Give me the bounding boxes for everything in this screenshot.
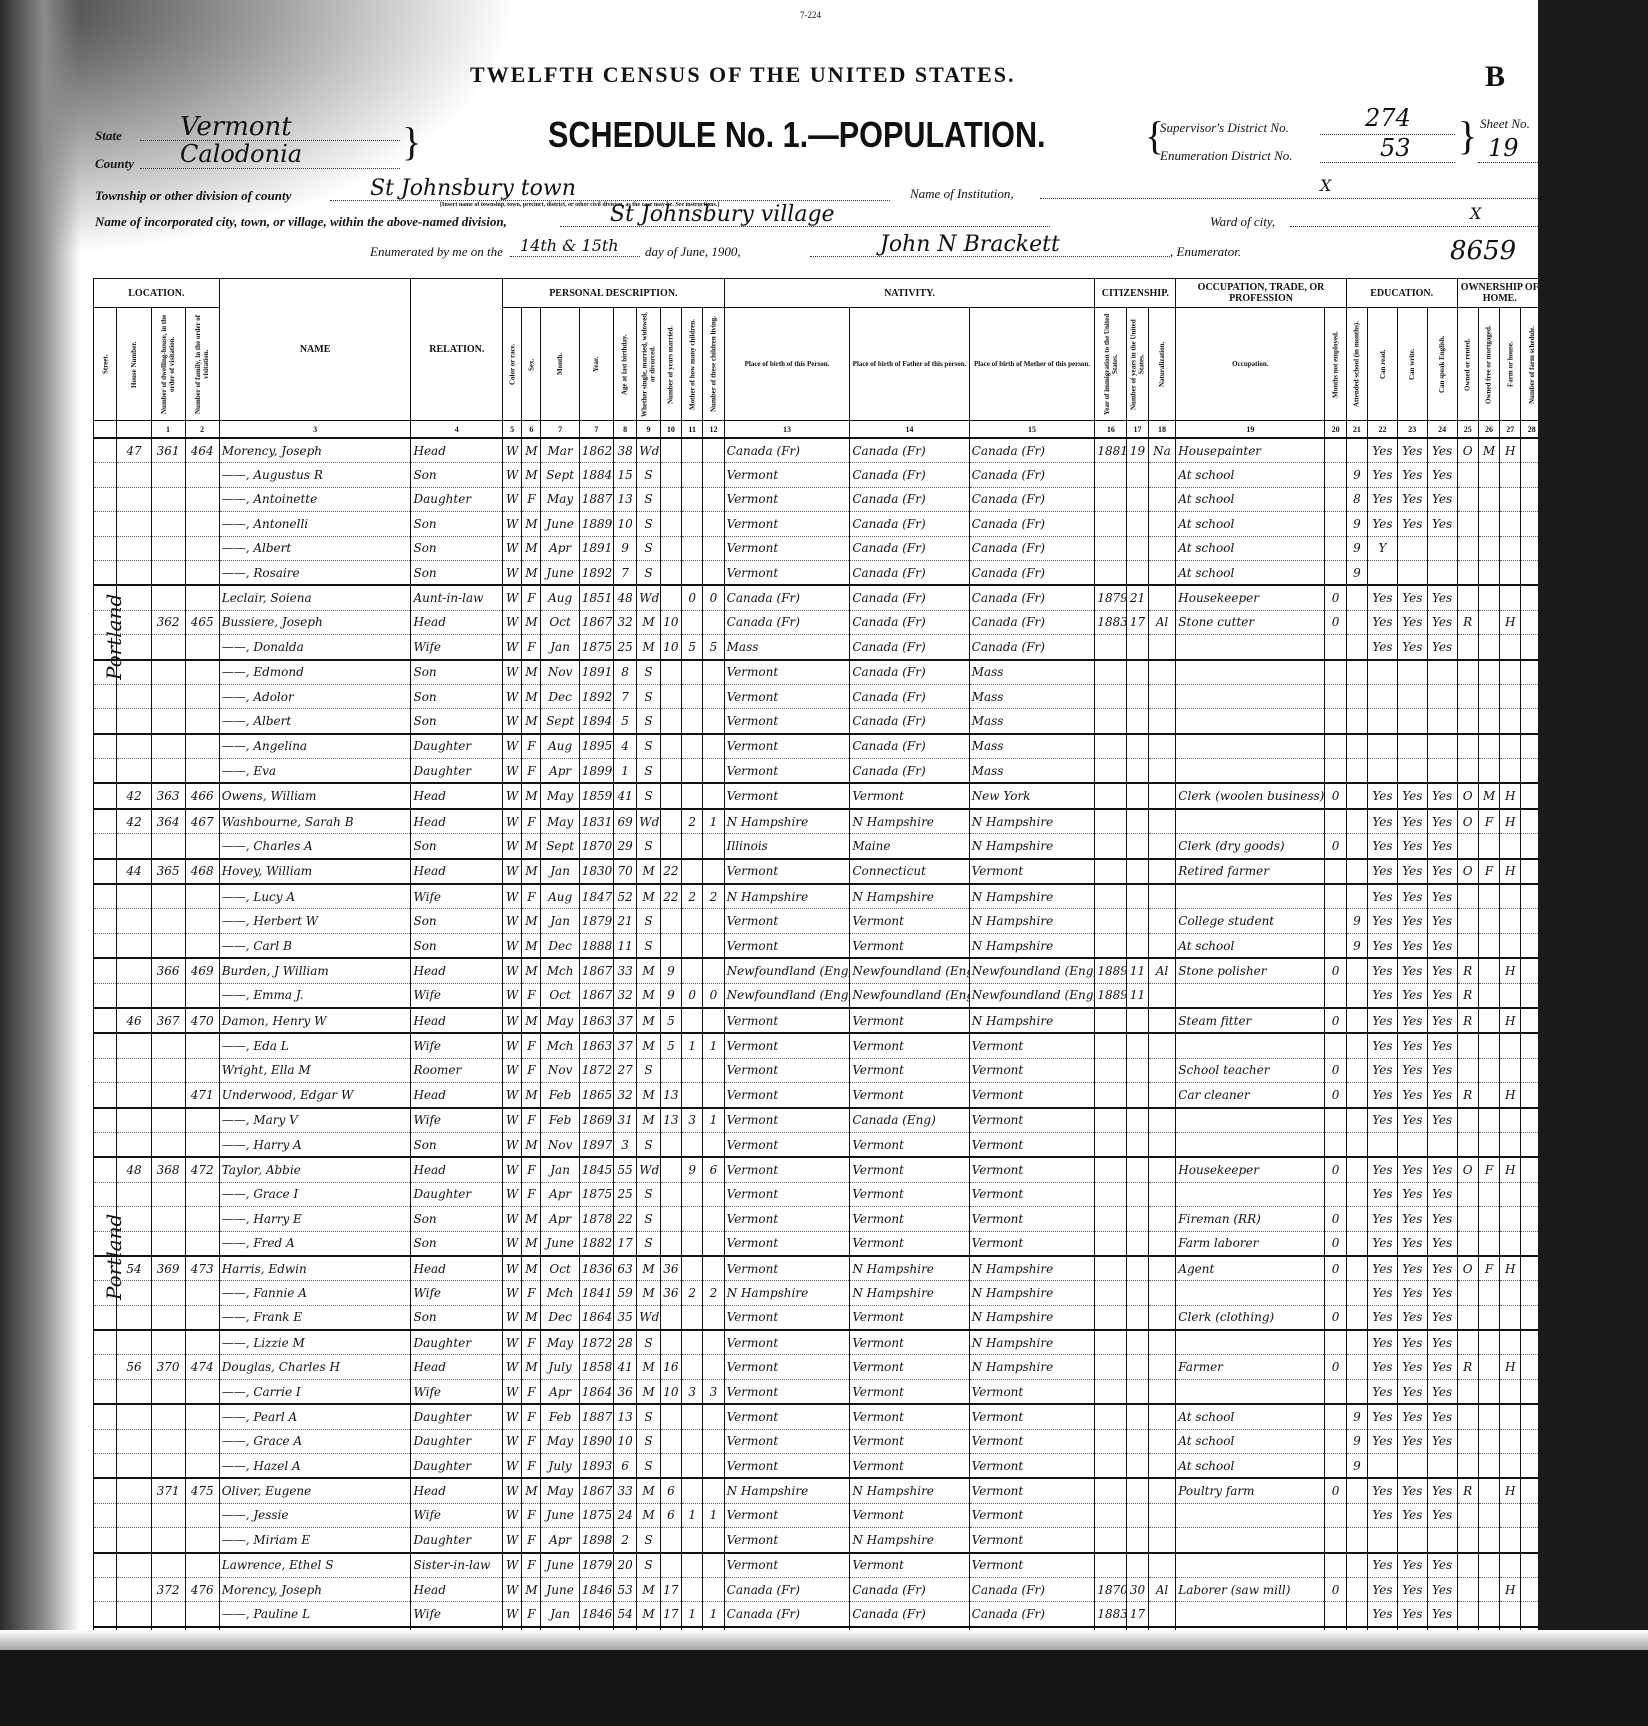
table-row: ——, Eda LWifeWFMch186337M511VermontVermo…	[94, 1033, 1543, 1058]
cell-english: Yes	[1427, 487, 1457, 511]
cell-read: Yes	[1368, 1058, 1398, 1082]
cell-farm-house	[1500, 1503, 1521, 1527]
cell-mortgaged: F	[1478, 1256, 1499, 1281]
cell-dwelling: 365	[151, 859, 185, 884]
cell-birth: Vermont	[724, 1454, 850, 1479]
cell-street	[94, 1033, 117, 1058]
column-number: 18	[1148, 421, 1176, 439]
cell-occupation	[1176, 1281, 1325, 1305]
cell-natur	[1148, 1256, 1176, 1281]
cell-immig	[1095, 1454, 1127, 1479]
cell-year: 1867	[579, 1478, 613, 1503]
cell-month: May	[541, 1429, 579, 1453]
cell-yrs-married	[660, 809, 681, 834]
cell-immig	[1095, 1231, 1127, 1256]
cell-father-birth: Canada (Fr)	[850, 1602, 969, 1627]
cell-occupation	[1176, 884, 1325, 909]
cell-house	[117, 1553, 151, 1578]
cell-name: ——, Rosaire	[219, 560, 411, 585]
cell-living	[703, 933, 724, 958]
cell-living	[703, 1528, 724, 1553]
cell-mortgaged	[1478, 635, 1499, 660]
table-row: 54369473Harris, EdwinHeadWMOct183663M36V…	[94, 1256, 1543, 1281]
cell-farm-house	[1500, 1305, 1521, 1330]
cell-immig	[1095, 1132, 1127, 1157]
cell-mother-birth: Vermont	[969, 1132, 1095, 1157]
cell-english: Yes	[1427, 1478, 1457, 1503]
cell-age: 15	[613, 463, 636, 487]
cell-school	[1346, 1281, 1367, 1305]
cell-father-birth: Vermont	[850, 1553, 969, 1578]
cell-read: Yes	[1368, 487, 1398, 511]
cell-father-birth: N Hampshire	[850, 1478, 969, 1503]
cell-mortgaged	[1478, 958, 1499, 983]
cell-english: Yes	[1427, 909, 1457, 933]
cell-farm-house	[1500, 1033, 1521, 1058]
cell-month: June	[541, 1577, 579, 1601]
cell-year: 1869	[579, 1108, 613, 1133]
cell-immig	[1095, 1157, 1127, 1182]
cell-mother-of	[682, 1355, 703, 1379]
cell-natur	[1148, 1454, 1176, 1479]
cell-family	[185, 909, 219, 933]
cell-age: 11	[613, 933, 636, 958]
cell-occupation	[1176, 684, 1325, 708]
cell-english	[1427, 709, 1457, 734]
cell-english: Yes	[1427, 1553, 1457, 1578]
cell-read: Yes	[1368, 958, 1398, 983]
cell-owned: O	[1457, 859, 1478, 884]
cell-father-birth: Vermont	[850, 1379, 969, 1404]
column-header: Street.	[94, 308, 117, 421]
cell-year: 1870	[579, 834, 613, 859]
cell-yrs-married: 9	[660, 958, 681, 983]
column-number: 20	[1325, 421, 1346, 439]
column-header: Number of family, in the order of visita…	[185, 308, 219, 421]
cell-father-birth: Vermont	[850, 1182, 969, 1206]
cell-birth: Vermont	[724, 684, 850, 708]
cell-month: Oct	[541, 983, 579, 1008]
cell-color: W	[503, 1379, 522, 1404]
cell-farm-house: H	[1500, 1083, 1521, 1108]
cell-color: W	[503, 1454, 522, 1479]
cell-dwelling	[151, 1231, 185, 1256]
cell-natur	[1148, 1404, 1176, 1429]
cell-birth: Canada (Fr)	[724, 1602, 850, 1627]
cell-yrs-married	[660, 512, 681, 536]
cell-house	[117, 1602, 151, 1627]
cell-months-unemp	[1325, 909, 1346, 933]
cell-occupation: At school	[1176, 1454, 1325, 1479]
cell-color: W	[503, 859, 522, 884]
cell-dwelling	[151, 660, 185, 685]
cell-mortgaged	[1478, 1033, 1499, 1058]
cell-marital: S	[637, 1429, 660, 1453]
cell-age: 7	[613, 684, 636, 708]
sheet-letter: B	[1485, 60, 1505, 94]
cell-color: W	[503, 512, 522, 536]
cell-year: 1867	[579, 983, 613, 1008]
cell-immig: 1883	[1095, 610, 1127, 634]
cell-yrs-us	[1127, 1330, 1148, 1355]
table-row: 471Underwood, Edgar WHeadWMFeb186532M13V…	[94, 1083, 1543, 1108]
cell-mother-birth: Vermont	[969, 1404, 1095, 1429]
cell-write: Yes	[1397, 1379, 1427, 1404]
cell-sex: M	[522, 1577, 541, 1601]
cell-name: Hovey, William	[219, 859, 411, 884]
cell-sex: M	[522, 933, 541, 958]
cell-dwelling	[151, 734, 185, 759]
column-number: 23	[1397, 421, 1427, 439]
cell-mother-birth: N Hampshire	[969, 884, 1095, 909]
cell-age: 5	[613, 709, 636, 734]
cell-father-birth: Canada (Fr)	[850, 487, 969, 511]
column-number: 15	[969, 421, 1095, 439]
cell-occupation: Poultry farm	[1176, 1478, 1325, 1503]
cell-age: 7	[613, 560, 636, 585]
cell-month: Sept	[541, 834, 579, 859]
column-number: 19	[1176, 421, 1325, 439]
cell-color: W	[503, 1404, 522, 1429]
column-number: 1	[151, 421, 185, 439]
cell-yrs-married	[660, 1553, 681, 1578]
cell-months-unemp	[1325, 1553, 1346, 1578]
cell-father-birth: Vermont	[850, 1207, 969, 1231]
column-number: 10	[660, 421, 681, 439]
cell-relation: Daughter	[411, 487, 503, 511]
cell-name: Leclair, Soiena	[219, 585, 411, 610]
cell-street	[94, 487, 117, 511]
cell-marital: M	[637, 1083, 660, 1108]
cell-marital: S	[637, 487, 660, 511]
cell-school	[1346, 1330, 1367, 1355]
cell-marital: M	[637, 1033, 660, 1058]
cell-year: 1863	[579, 1008, 613, 1033]
cell-months-unemp	[1325, 933, 1346, 958]
cell-mortgaged	[1478, 709, 1499, 734]
cell-yrs-us: 11	[1127, 983, 1148, 1008]
cell-sex: F	[522, 1602, 541, 1627]
cell-age: 25	[613, 1182, 636, 1206]
column-number: 22	[1368, 421, 1398, 439]
cell-age: 13	[613, 1404, 636, 1429]
cell-months-unemp	[1325, 684, 1346, 708]
cell-mother-birth: Mass	[969, 759, 1095, 784]
cell-relation: Head	[411, 1577, 503, 1601]
cell-color: W	[503, 1478, 522, 1503]
cell-natur	[1148, 1083, 1176, 1108]
cell-relation: Head	[411, 610, 503, 634]
cell-month: Jan	[541, 1157, 579, 1182]
cell-sex: M	[522, 958, 541, 983]
cell-owned	[1457, 1231, 1478, 1256]
cell-write: Yes	[1397, 859, 1427, 884]
cell-living	[703, 1553, 724, 1578]
cell-dwelling	[151, 1033, 185, 1058]
cell-yrs-married: 6	[660, 1478, 681, 1503]
cell-farm-house	[1500, 884, 1521, 909]
cell-marital: S	[637, 1553, 660, 1578]
cell-relation: Son	[411, 684, 503, 708]
cell-relation: Wife	[411, 884, 503, 909]
table-row: 47361464Morency, JosephHeadWMMar186238Wd…	[94, 438, 1543, 463]
cell-year: 1879	[579, 1553, 613, 1578]
cell-english: Yes	[1427, 512, 1457, 536]
cell-mortgaged	[1478, 933, 1499, 958]
cell-mother-birth: Vermont	[969, 1182, 1095, 1206]
cell-school	[1346, 1182, 1367, 1206]
group-nativity: NATIVITY.	[724, 279, 1095, 308]
cell-living	[703, 1083, 724, 1108]
cell-color: W	[503, 1207, 522, 1231]
cell-farm-house	[1500, 1330, 1521, 1355]
column-header: Year.	[579, 308, 613, 421]
cell-yrs-us: 11	[1127, 958, 1148, 983]
table-row: ——, Frank ESonWMDec186435WdVermontVermon…	[94, 1305, 1543, 1330]
cell-owned	[1457, 1330, 1478, 1355]
cell-name: ——, Hazel A	[219, 1454, 411, 1479]
incorporated-value: St Johnsbury village	[610, 202, 835, 227]
cell-occupation: Farmer	[1176, 1355, 1325, 1379]
cell-family	[185, 1108, 219, 1133]
cell-house: 54	[117, 1256, 151, 1281]
table-row: ——, Charles ASonWMSept187029SIllinoisMai…	[94, 834, 1543, 859]
cell-color: W	[503, 734, 522, 759]
cell-year: 1836	[579, 1256, 613, 1281]
cell-owned	[1457, 759, 1478, 784]
cell-family: 469	[185, 958, 219, 983]
cell-family	[185, 1231, 219, 1256]
cell-father-birth: Canada (Eng)	[850, 1108, 969, 1133]
cell-dwelling	[151, 560, 185, 585]
cell-read: Yes	[1368, 1008, 1398, 1033]
cell-birth: Vermont	[724, 1553, 850, 1578]
cell-yrs-us	[1127, 1008, 1148, 1033]
cell-school	[1346, 1602, 1367, 1627]
cell-living	[703, 909, 724, 933]
cell-months-unemp	[1325, 487, 1346, 511]
cell-immig	[1095, 884, 1127, 909]
cell-immig: 1870	[1095, 1577, 1127, 1601]
cell-school	[1346, 1553, 1367, 1578]
cell-months-unemp	[1325, 1528, 1346, 1553]
enumeration-value: 53	[1380, 134, 1411, 162]
cell-family	[185, 585, 219, 610]
cell-read: Yes	[1368, 1033, 1398, 1058]
cell-age: 69	[613, 809, 636, 834]
cell-occupation	[1176, 1553, 1325, 1578]
cell-sex: M	[522, 1305, 541, 1330]
cell-yrs-us	[1127, 1058, 1148, 1082]
cell-house	[117, 660, 151, 685]
cell-relation: Head	[411, 1008, 503, 1033]
cell-family: 472	[185, 1157, 219, 1182]
cell-street	[94, 684, 117, 708]
cell-relation: Son	[411, 834, 503, 859]
cell-school	[1346, 1058, 1367, 1082]
cell-owned	[1457, 684, 1478, 708]
cell-mother-of: 1	[682, 1033, 703, 1058]
cell-street	[94, 1379, 117, 1404]
cell-age: 20	[613, 1553, 636, 1578]
cell-write: Yes	[1397, 487, 1427, 511]
cell-father-birth: Vermont	[850, 1132, 969, 1157]
cell-dwelling	[151, 1602, 185, 1627]
cell-birth: Canada (Fr)	[724, 610, 850, 634]
cell-yrs-us: 17	[1127, 1602, 1148, 1627]
county-value: Calodonia	[180, 140, 302, 168]
cell-relation: Wife	[411, 1281, 503, 1305]
cell-relation: Son	[411, 512, 503, 536]
cell-family	[185, 1132, 219, 1157]
cell-marital: Wd	[637, 1157, 660, 1182]
supervisor-label: Supervisor's District No.	[1160, 120, 1289, 136]
cell-natur	[1148, 1157, 1176, 1182]
cell-name: ——, Charles A	[219, 834, 411, 859]
cell-occupation: At school	[1176, 1429, 1325, 1453]
cell-yrs-us	[1127, 1182, 1148, 1206]
cell-marital: S	[637, 734, 660, 759]
cell-year: 1830	[579, 859, 613, 884]
cell-occupation: Stone polisher	[1176, 958, 1325, 983]
cell-color: W	[503, 1157, 522, 1182]
cell-dwelling	[151, 759, 185, 784]
cell-marital: S	[637, 1528, 660, 1553]
sheet-value: 19	[1488, 134, 1519, 162]
cell-relation: Son	[411, 933, 503, 958]
cell-relation: Son	[411, 660, 503, 685]
cell-write	[1397, 734, 1427, 759]
cell-read: Yes	[1368, 1577, 1398, 1601]
cell-read: Yes	[1368, 1355, 1398, 1379]
cell-mother-of	[682, 512, 703, 536]
cell-birth: Vermont	[724, 560, 850, 585]
stamp-number: 8659	[1450, 236, 1516, 266]
cell-house	[117, 983, 151, 1008]
cell-house	[117, 834, 151, 859]
cell-mother-birth: New York	[969, 783, 1095, 808]
cell-month: Aug	[541, 734, 579, 759]
cell-owned	[1457, 1281, 1478, 1305]
cell-yrs-married: 22	[660, 884, 681, 909]
cell-yrs-us	[1127, 1404, 1148, 1429]
cell-months-unemp: 0	[1325, 958, 1346, 983]
cell-immig: 1889	[1095, 958, 1127, 983]
cell-name: ——, Edmond	[219, 660, 411, 685]
cell-farm-house	[1500, 734, 1521, 759]
cell-mortgaged	[1478, 487, 1499, 511]
cell-family	[185, 759, 219, 784]
cell-street	[94, 1132, 117, 1157]
cell-dwelling	[151, 1083, 185, 1108]
column-number: 27	[1500, 421, 1521, 439]
cell-sex: F	[522, 1108, 541, 1133]
cell-mother-of	[682, 1256, 703, 1281]
cell-read: Yes	[1368, 859, 1398, 884]
cell-english: Yes	[1427, 1602, 1457, 1627]
cell-color: W	[503, 1033, 522, 1058]
cell-marital: S	[637, 709, 660, 734]
cell-mother-of	[682, 859, 703, 884]
cell-father-birth: Canada (Fr)	[850, 660, 969, 685]
cell-farm-house: H	[1500, 958, 1521, 983]
cell-name: ——, Augustus R	[219, 463, 411, 487]
cell-relation: Son	[411, 1305, 503, 1330]
cell-yrs-us	[1127, 933, 1148, 958]
cell-yrs-married: 17	[660, 1602, 681, 1627]
cell-mother-birth: Vermont	[969, 1454, 1095, 1479]
cell-father-birth: N Hampshire	[850, 1281, 969, 1305]
column-number: 7	[541, 421, 579, 439]
cell-mother-birth: N Hampshire	[969, 933, 1095, 958]
cell-mother-of	[682, 1058, 703, 1082]
cell-father-birth: Canada (Fr)	[850, 585, 969, 610]
cell-year: 1888	[579, 933, 613, 958]
cell-year: 1847	[579, 884, 613, 909]
cell-house	[117, 585, 151, 610]
cell-english	[1427, 734, 1457, 759]
cell-natur	[1148, 759, 1176, 784]
cell-mother-birth: Canada (Fr)	[969, 1577, 1095, 1601]
cell-write: Yes	[1397, 1182, 1427, 1206]
column-number	[117, 421, 151, 439]
cell-english: Yes	[1427, 438, 1457, 463]
cell-write: Yes	[1397, 1404, 1427, 1429]
cell-marital: M	[637, 983, 660, 1008]
cell-months-unemp	[1325, 884, 1346, 909]
cell-month: May	[541, 783, 579, 808]
cell-street	[94, 1454, 117, 1479]
cell-family	[185, 1281, 219, 1305]
cell-street	[94, 463, 117, 487]
cell-mother-birth: N Hampshire	[969, 909, 1095, 933]
cell-age: 31	[613, 1108, 636, 1133]
cell-birth: Vermont	[724, 1355, 850, 1379]
cell-owned	[1457, 1108, 1478, 1133]
cell-month: May	[541, 1008, 579, 1033]
column-header: Can write.	[1397, 308, 1427, 421]
cell-write	[1397, 1528, 1427, 1553]
cell-read: Yes	[1368, 463, 1398, 487]
cell-color: W	[503, 560, 522, 585]
cell-natur	[1148, 834, 1176, 859]
cell-mother-of	[682, 958, 703, 983]
cell-months-unemp	[1325, 1132, 1346, 1157]
cell-family	[185, 487, 219, 511]
table-row: ——, Hazel ADaughterWFJuly18936SVermontVe…	[94, 1454, 1543, 1479]
cell-natur	[1148, 684, 1176, 708]
cell-color: W	[503, 635, 522, 660]
cell-owned	[1457, 1404, 1478, 1429]
cell-dwelling	[151, 909, 185, 933]
cell-year: 1898	[579, 1528, 613, 1553]
cell-school	[1346, 1305, 1367, 1330]
cell-mortgaged	[1478, 684, 1499, 708]
cell-name: ——, Antoinette	[219, 487, 411, 511]
table-row: ——, AngelinaDaughterWFAug18954SVermontCa…	[94, 734, 1543, 759]
cell-occupation: Fireman (RR)	[1176, 1207, 1325, 1231]
cell-immig	[1095, 1355, 1127, 1379]
cell-yrs-married: 13	[660, 1108, 681, 1133]
cell-english: Yes	[1427, 463, 1457, 487]
cell-living: 1	[703, 1108, 724, 1133]
cell-living	[703, 759, 724, 784]
cell-month: Nov	[541, 1132, 579, 1157]
cell-marital: S	[637, 684, 660, 708]
cell-school	[1346, 759, 1367, 784]
cell-yrs-us	[1127, 759, 1148, 784]
cell-birth: Vermont	[724, 1108, 850, 1133]
